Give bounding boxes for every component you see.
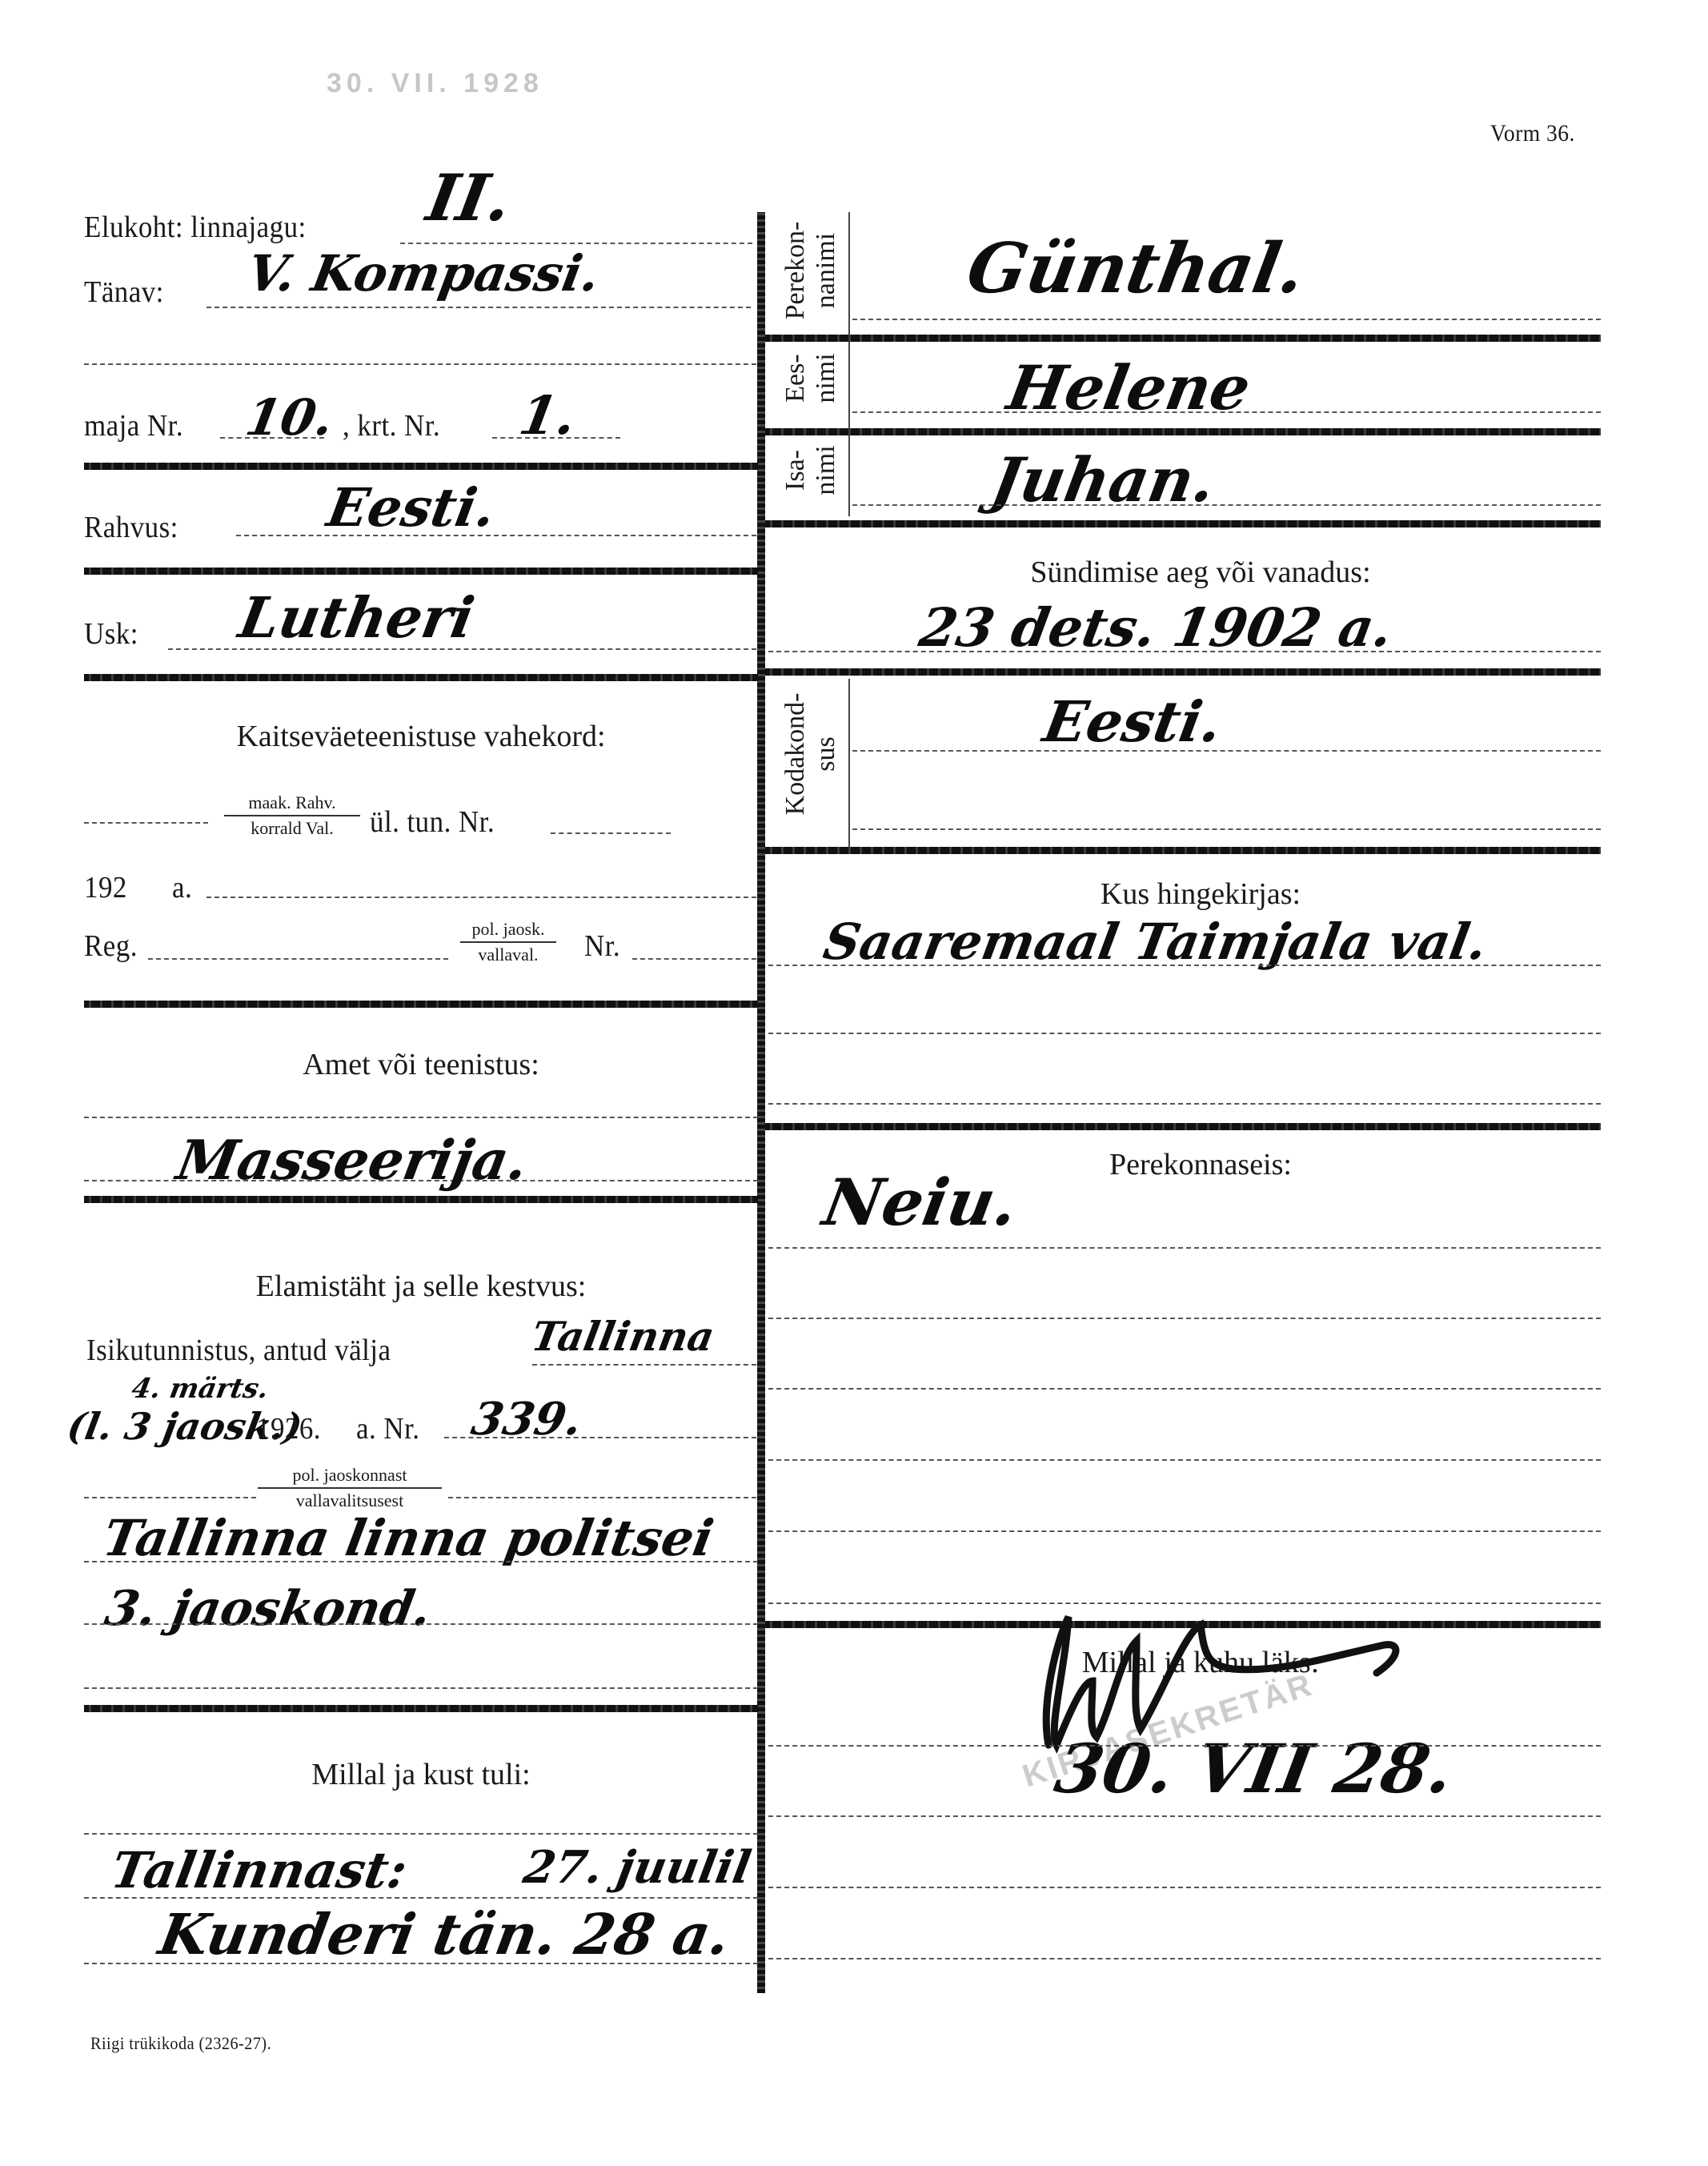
departure-field-line-4 xyxy=(768,1958,1601,1959)
section-rule xyxy=(84,1196,758,1203)
registry-heading: Kus hingekirjas: xyxy=(848,876,1553,912)
center-divider xyxy=(757,212,765,1993)
citizenship-label: Kodakond- sus xyxy=(780,678,841,830)
label-line: Perekon- xyxy=(780,211,811,330)
registry-field-line-3 xyxy=(768,1103,1601,1105)
marital-field-line-5 xyxy=(768,1530,1601,1532)
nationality-field-line xyxy=(236,535,756,536)
occupation-value[interactable]: Masseerija. xyxy=(172,1129,533,1193)
section-rule xyxy=(765,1123,1601,1130)
section-rule xyxy=(84,568,758,575)
military-service-heading: Kaitseväeteenistuse vahekord: xyxy=(84,719,758,754)
military-number-label: ül. tun. Nr. xyxy=(370,804,495,840)
label-line: nimi xyxy=(811,340,841,416)
street-field-line xyxy=(206,307,751,308)
section-rule xyxy=(765,668,1601,676)
registration-label: Reg. xyxy=(84,929,138,964)
fraction-bottom: vallaval. xyxy=(460,945,556,965)
label-line: Kodakond- xyxy=(780,678,811,830)
first-name-label: Ees- nimi xyxy=(780,340,841,416)
district-label: Elukoht: linnajagu: xyxy=(84,210,307,245)
registration-line xyxy=(148,958,448,960)
registration-authority-fraction: pol. jaosk. vallaval. xyxy=(460,919,556,965)
section-rule xyxy=(765,847,1601,854)
arrival-date[interactable]: 27. juulil xyxy=(519,1841,755,1894)
id-year-value: 1926. xyxy=(256,1411,321,1446)
section-rule xyxy=(765,428,1601,435)
surname-label: Perekon- nanimi xyxy=(780,211,841,330)
nationality-value[interactable]: Eesti. xyxy=(323,476,500,539)
arrival-address[interactable]: Kunderi tän. 28 a. xyxy=(154,1901,736,1967)
fraction-top: pol. jaosk. xyxy=(460,919,556,940)
occupation-heading: Amet või teenistus: xyxy=(84,1047,758,1082)
arrival-heading: Millal ja kust tuli: xyxy=(84,1757,758,1792)
street-value[interactable]: V. Kompassi. xyxy=(243,244,604,303)
id-issuer-line-3-rule xyxy=(84,1687,758,1689)
marital-field-line-3 xyxy=(768,1388,1601,1390)
arrival-line-1 xyxy=(84,1833,758,1835)
fraction-top: pol. jaoskonnast xyxy=(258,1465,442,1486)
id-issuer-line-1[interactable]: Tallinna linna politsei xyxy=(99,1509,718,1567)
nationality-label: Rahvus: xyxy=(84,510,178,545)
registry-field-line-2 xyxy=(768,1033,1601,1034)
marital-field-line-1 xyxy=(768,1247,1601,1249)
section-rule xyxy=(84,1705,758,1712)
military-year-prefix: 192 xyxy=(84,870,127,905)
departure-field-line-1 xyxy=(768,1745,1601,1747)
printer-note: Riigi trükikoda (2326-27). xyxy=(90,2033,271,2054)
district-value[interactable]: II. xyxy=(422,160,517,235)
marital-field-line-6 xyxy=(768,1602,1601,1604)
arrival-line-2 xyxy=(84,1897,758,1899)
registry-value[interactable]: Saaremaal Taimjala val. xyxy=(820,913,1492,971)
id-number-value[interactable]: 339. xyxy=(467,1393,586,1446)
id-issuer-line-1-rule xyxy=(84,1561,758,1562)
apartment-number-value[interactable]: 1. xyxy=(515,384,581,447)
id-issuer-line-2-rule xyxy=(84,1623,758,1625)
apartment-number-label: , krt. Nr. xyxy=(343,408,440,443)
label-column-divider-2 xyxy=(848,679,850,848)
label-line: Isa- xyxy=(780,432,811,508)
citizenship-field-line-1 xyxy=(852,750,1601,752)
arrival-place[interactable]: Tallinnast: xyxy=(107,1841,412,1899)
occupation-line-1 xyxy=(84,1117,758,1118)
id-issuer-line-0 xyxy=(84,1497,256,1498)
citizenship-value[interactable]: Eesti. xyxy=(1039,688,1227,755)
residence-permit-heading: Elamistäht ja selle kestvus: xyxy=(84,1269,758,1304)
first-name-field-line xyxy=(852,411,1601,413)
arrival-line-3 xyxy=(84,1963,758,1964)
citizenship-field-line-2 xyxy=(852,828,1601,830)
birth-date-field-line xyxy=(768,651,1601,652)
marital-status-value[interactable]: Neiu. xyxy=(818,1165,1024,1240)
registration-number-label: Nr. xyxy=(584,929,620,964)
label-line: Ees- xyxy=(780,340,811,416)
surname-field-line xyxy=(852,319,1601,320)
street-label: Tänav: xyxy=(84,275,164,310)
received-date-stamp: 30. VII. 1928 xyxy=(327,68,543,99)
registration-number-line xyxy=(632,958,756,960)
military-year-suffix: a. xyxy=(172,870,192,905)
section-rule xyxy=(84,1001,758,1008)
father-name-field-line xyxy=(852,504,1601,506)
departure-field-line-2 xyxy=(768,1815,1601,1817)
id-issuer-fraction: pol. jaoskonnast vallavalitsusest xyxy=(258,1465,442,1511)
birth-date-value[interactable]: 23 dets. 1902 a. xyxy=(915,596,1397,659)
id-issued-label: Isikutunnistus, antud välja xyxy=(86,1333,391,1368)
birth-date-heading: Sündimise aeg või vanadus: xyxy=(848,555,1553,590)
house-number-value[interactable]: 10. xyxy=(242,388,339,447)
label-column-divider-1 xyxy=(848,212,850,516)
father-name-label: Isa- nimi xyxy=(780,432,841,508)
military-number-line xyxy=(551,832,671,834)
section-rule xyxy=(84,674,758,681)
religion-label: Usk: xyxy=(84,616,138,652)
id-number-label: a. Nr. xyxy=(356,1411,419,1446)
id-issuer-line-0b xyxy=(448,1497,756,1498)
military-field-line xyxy=(84,822,208,824)
house-number-label: maja Nr. xyxy=(84,408,183,443)
military-year-line xyxy=(206,896,756,898)
id-issuer-line-2[interactable]: 3. jaoskond. xyxy=(101,1581,435,1637)
religion-value[interactable]: Lutheri xyxy=(235,584,479,651)
id-issued-line xyxy=(532,1364,756,1366)
departure-field-line-3 xyxy=(768,1887,1601,1888)
form-number: Vorm 36. xyxy=(1490,120,1575,147)
military-authority-fraction: maak. Rahv. korrald Val. xyxy=(224,792,360,839)
id-issued-place[interactable]: Tallinna xyxy=(528,1313,718,1360)
marital-field-line-2 xyxy=(768,1318,1601,1319)
section-rule xyxy=(84,463,758,470)
label-line: nanimi xyxy=(811,211,841,330)
fraction-bottom: korrald Val. xyxy=(224,818,360,839)
section-rule xyxy=(765,520,1601,527)
label-line: sus xyxy=(811,678,841,830)
departure-date-value[interactable]: 30. VII 28. xyxy=(1049,1729,1459,1808)
section-rule xyxy=(765,335,1601,342)
surname-value[interactable]: Günthal. xyxy=(961,228,1311,309)
fraction-top: maak. Rahv. xyxy=(224,792,360,813)
label-line: nimi xyxy=(811,432,841,508)
residence-extra-line xyxy=(84,363,756,365)
id-issue-date-note[interactable]: 4. märts. xyxy=(129,1373,271,1405)
registry-field-line-1 xyxy=(768,965,1601,966)
marital-field-line-4 xyxy=(768,1459,1601,1461)
